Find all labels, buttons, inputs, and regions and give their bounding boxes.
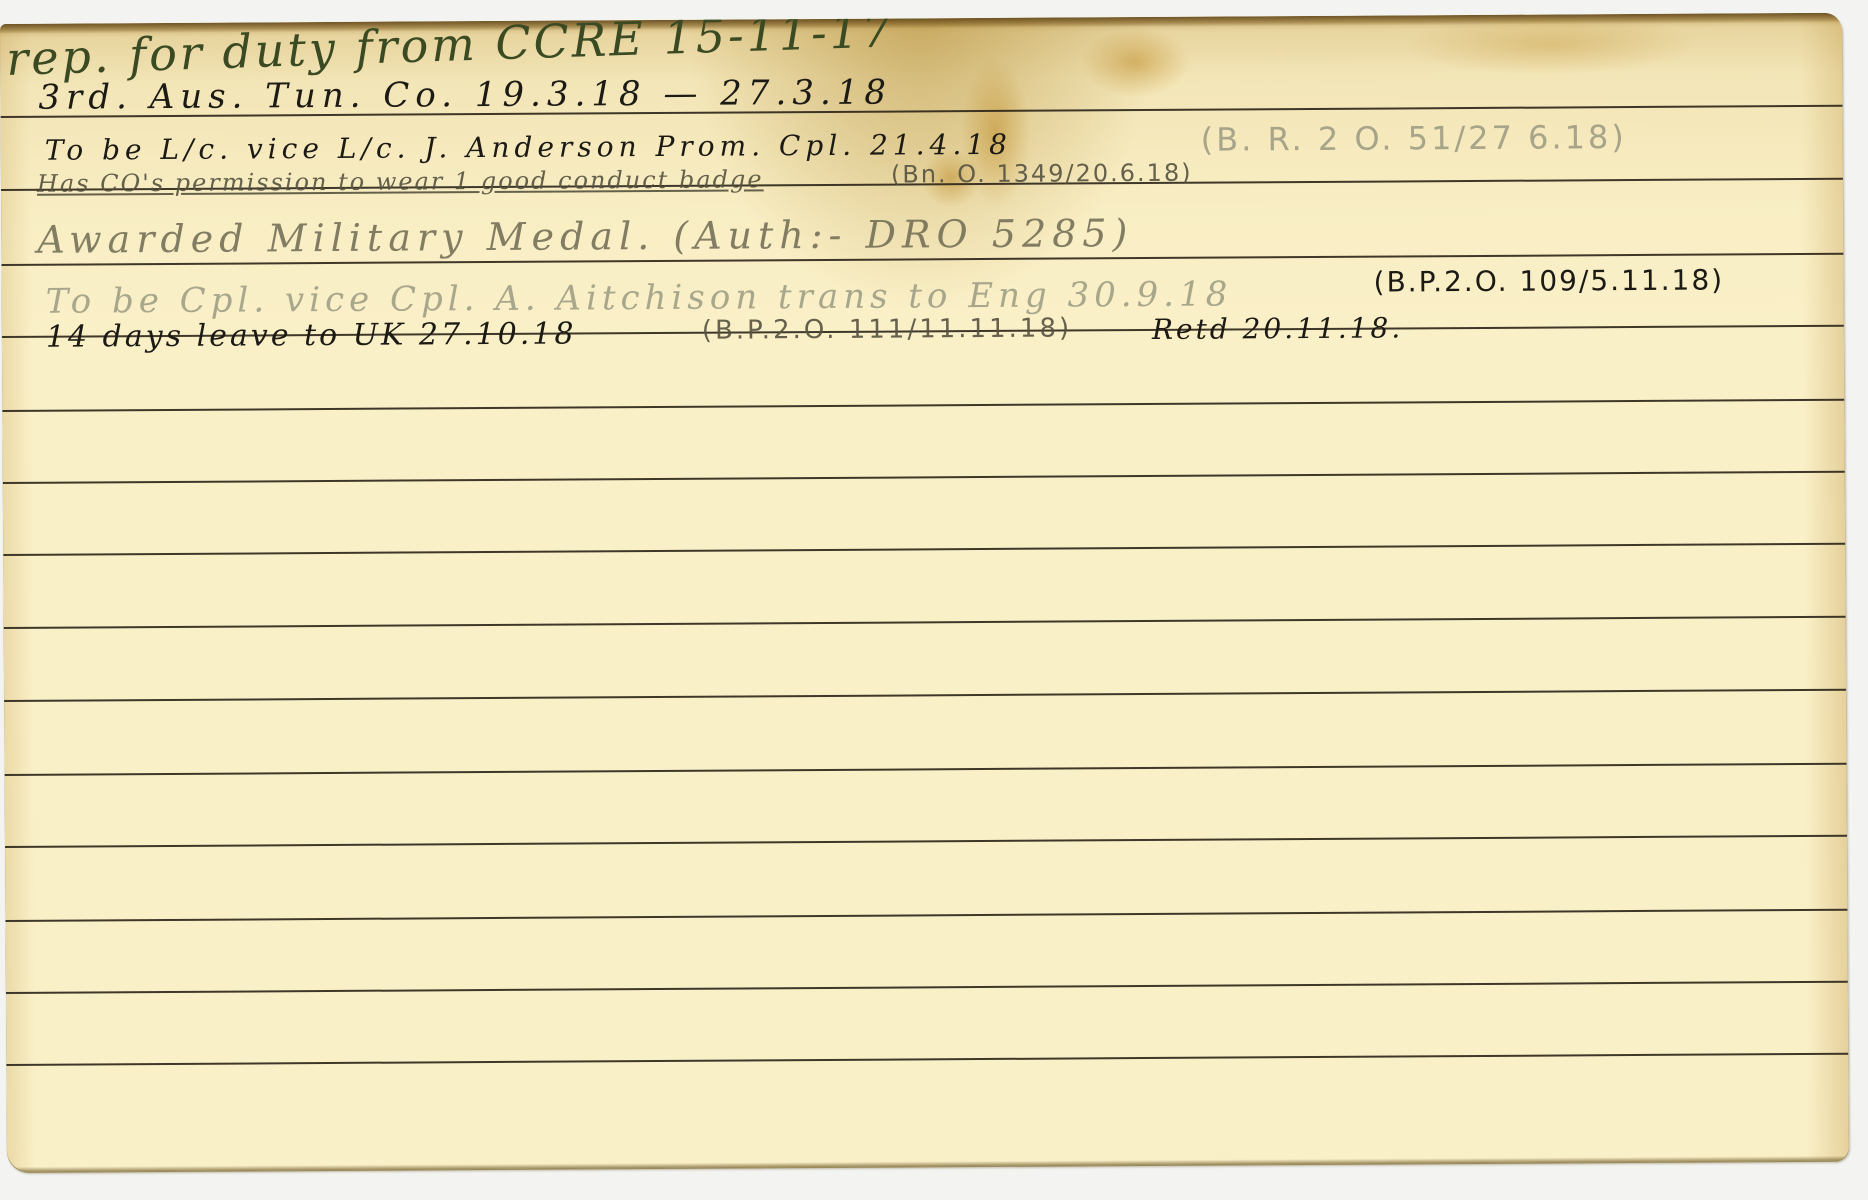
ruled-line [2, 399, 1844, 412]
entry-appointed-lance-corporal: To be L/c. vice L/c. J. Anderson Prom. C… [45, 128, 1012, 167]
ruled-line [5, 763, 1847, 776]
ruled-line [4, 689, 1846, 702]
entry-good-conduct-badge: Has CO's permission to wear 1 good condu… [37, 165, 764, 197]
ruled-line [6, 981, 1848, 994]
ruled-line [5, 909, 1847, 922]
ruled-line [3, 471, 1845, 484]
tea-stain [1080, 27, 1190, 98]
tea-stain [1400, 14, 1700, 76]
entry-military-medal: Awarded Military Medal. (Auth:- DRO 5285… [37, 211, 1133, 262]
ruled-line [3, 543, 1845, 556]
index-card: rep. for duty from CCRE 15-11-17 3rd. Au… [0, 13, 1849, 1172]
scan-background: rep. for duty from CCRE 15-11-17 3rd. Au… [0, 0, 1868, 1200]
entry-appointed-lance-corporal-reference: (B. R. 2 O. 51/27 6.18) [1201, 118, 1627, 159]
ruled-line [5, 835, 1847, 848]
ruled-line [4, 616, 1846, 629]
entry-returned-from-leave: Retd 20.11.18. [1152, 311, 1404, 346]
entry-good-conduct-badge-reference: (Bn. O. 1349/20.6.18) [891, 159, 1193, 189]
entry-tunnelling-company: 3rd. Aus. Tun. Co. 19.3.18 — 27.3.18 [38, 73, 892, 118]
entry-leave-to-uk-reference: (B.P.2.O. 111/11.11.18) [702, 313, 1072, 345]
ruled-line [6, 1053, 1848, 1066]
entry-leave-to-uk: 14 days leave to UK 27.10.18 [46, 316, 577, 354]
entry-promoted-corporal-reference: (B.P.2.O. 109/5.11.18) [1374, 263, 1725, 298]
